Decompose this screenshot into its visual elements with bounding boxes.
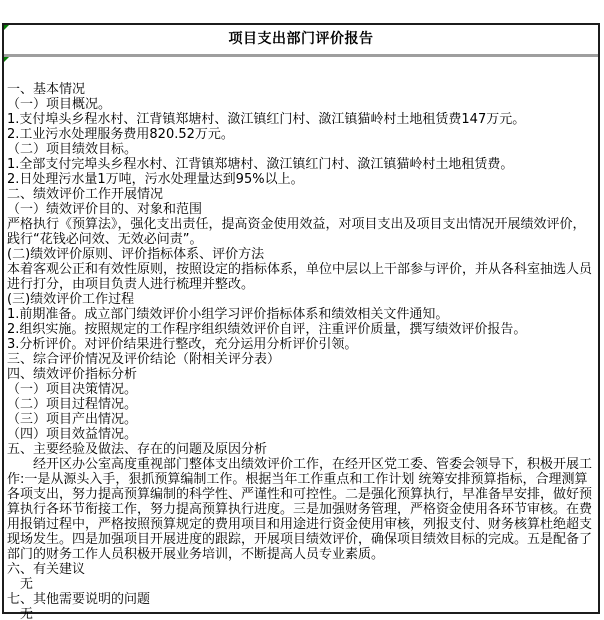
cell-corner-marker-icon bbox=[4, 25, 9, 30]
report-line: (二)绩效评价原则、评价指标体系、评价方法 bbox=[7, 247, 596, 262]
report-line: （一）绩效评价目的、对象和范围 bbox=[7, 202, 596, 217]
document-canvas: 项目支出部门评价报告 一、基本情况 （一）项目概况。 1.支付埠头乡程水村、江背… bbox=[0, 0, 604, 620]
report-title-cell: 项目支出部门评价报告 bbox=[4, 25, 598, 54]
report-line: 五、主要经验及做法、存在的问题及原因分析 bbox=[7, 442, 596, 457]
report-line: 三、综合评价情况及评价结论（附相关评分表） bbox=[7, 352, 596, 367]
report-line: 本着客观公正和有效性原则，按照设定的指标体系，单位中层以上干部参与评价，并从各科… bbox=[7, 262, 596, 292]
report-line: 1.支付埠头乡程水村、江背镇郑塘村、潋江镇红门村、潋江镇猫岭村土地租赁费147万… bbox=[7, 112, 596, 127]
report-line: （二）项目绩效目标。 bbox=[7, 142, 596, 157]
report-line: （一）项目概况。 bbox=[7, 97, 596, 112]
report-line: 六、有关建议 bbox=[7, 562, 596, 577]
report-line: 无 bbox=[7, 607, 596, 620]
report-line: 1.全部支付完埠头乡程水村、江背镇郑塘村、潋江镇红门村、潋江镇猫岭村土地租赁费。 bbox=[7, 157, 596, 172]
report-line: （二）项目过程情况。 bbox=[7, 397, 596, 412]
report-line: 2.组织实施。按照规定的工作程序组织绩效评价自评，注重评价质量，撰写绩效评价报告… bbox=[7, 322, 596, 337]
report-line: 1.前期准备。成立部门绩效评价小组学习评价指标体系和绩效相关文件通知。 bbox=[7, 307, 596, 322]
report-line: 严格执行《预算法》，强化支出责任，提高资金使用效益，对项目支出及项目支出情况开展… bbox=[7, 217, 596, 247]
report-line: 四、绩效评价指标分析 bbox=[7, 367, 596, 382]
report-line: 二、绩效评价工作开展情况 bbox=[7, 187, 596, 202]
report-line: 2.日处理污水量1万吨，污水处理量达到95%以上。 bbox=[7, 172, 596, 187]
report-body-cell: 一、基本情况 （一）项目概况。 1.支付埠头乡程水村、江背镇郑塘村、潋江镇红门村… bbox=[4, 57, 598, 620]
report-table: 项目支出部门评价报告 一、基本情况 （一）项目概况。 1.支付埠头乡程水村、江背… bbox=[2, 23, 600, 614]
report-line: 经开区办公室高度重视部门整体支出绩效评价工作，在经开区党工委、管委会领导下，积极… bbox=[7, 457, 596, 562]
cell-corner-marker-icon bbox=[4, 57, 9, 62]
report-line: 2.工业污水处理服务费用820.52万元。 bbox=[7, 127, 596, 142]
report-line: （三）项目产出情况。 bbox=[7, 412, 596, 427]
report-line: （一）项目决策情况。 bbox=[7, 382, 596, 397]
report-line: 无 bbox=[7, 577, 596, 592]
report-line: （四）项目效益情况。 bbox=[7, 427, 596, 442]
report-line: 3.分析评价。对评价结果进行整改，充分运用分析评价引领。 bbox=[7, 337, 596, 352]
report-line: 一、基本情况 bbox=[7, 82, 596, 97]
report-title: 项目支出部门评价报告 bbox=[229, 25, 374, 54]
report-line: 七、其他需要说明的问题 bbox=[7, 592, 596, 607]
report-line: (三)绩效评价工作过程 bbox=[7, 292, 596, 307]
